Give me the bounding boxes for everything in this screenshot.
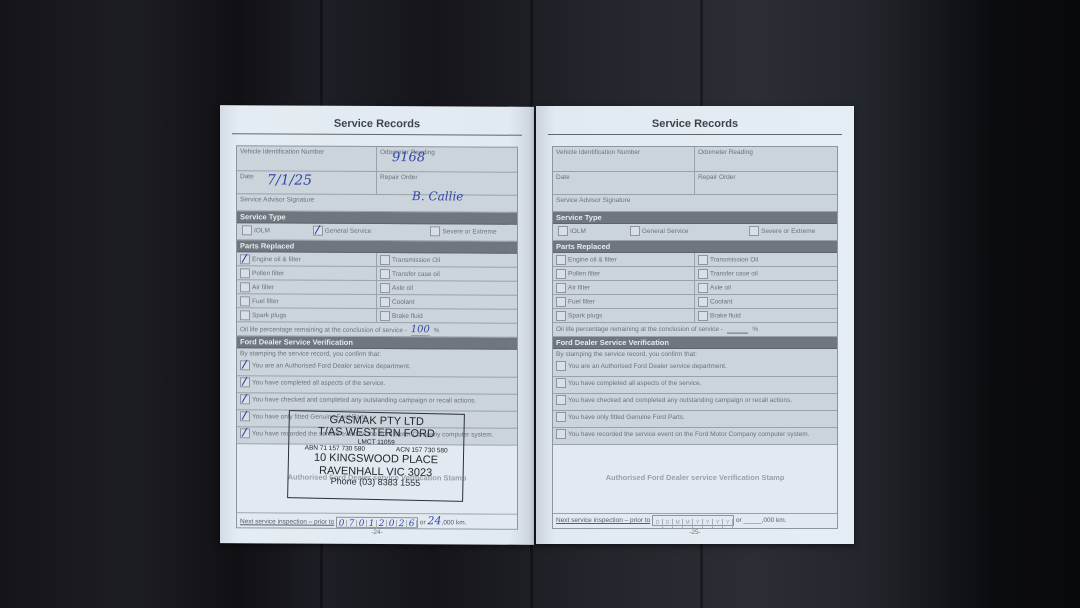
advisor-row: Service Advisor Signature: [553, 195, 837, 212]
checkbox[interactable]: [240, 268, 250, 278]
service-type-option[interactable]: General Service: [310, 224, 375, 240]
advisor-signature-field[interactable]: Service Advisor Signature: [553, 195, 837, 211]
parts-row: Fuel filter Coolant: [553, 295, 837, 309]
part-label: Engine oil & filter: [568, 257, 617, 264]
next-service-row: Next service inspection – prior to 07012…: [237, 513, 517, 528]
part-item[interactable]: Coolant: [695, 295, 837, 308]
part-item[interactable]: Brake fluid: [377, 309, 517, 323]
part-label: Coolant: [710, 299, 732, 306]
checkbox[interactable]: [430, 227, 440, 237]
advisor-row: Service Advisor Signature: [237, 194, 517, 212]
parts-row: Spark plugs Brake fluid: [237, 308, 517, 323]
date-placeholder: Y: [713, 519, 723, 528]
part-label: Spark plugs: [568, 313, 602, 320]
checkbox[interactable]: [240, 378, 250, 388]
part-label: Axle oil: [392, 285, 413, 292]
advisor-label: Service Advisor Signature: [556, 197, 630, 204]
checkbox[interactable]: [240, 395, 250, 405]
service-type-option[interactable]: Severe or Extreme: [427, 224, 499, 240]
vin-odometer-row: Vehicle Identification Number Odometer R…: [237, 146, 517, 172]
page-title: Service Records: [220, 117, 534, 131]
verification-label: You have completed all aspects of the se…: [568, 380, 701, 387]
parts-row: Engine oil & filter Transmission Oil: [237, 252, 517, 267]
checkbox[interactable]: [556, 283, 566, 293]
date-digit: 7: [347, 520, 357, 529]
checkbox[interactable]: [556, 255, 566, 265]
checkbox[interactable]: [313, 226, 323, 236]
date-digit: 2: [397, 520, 407, 529]
verification-intro: By stamping the service record, you conf…: [553, 349, 837, 360]
page-number: -24-: [220, 528, 534, 537]
date-placeholder: Y: [703, 519, 713, 528]
oil-life-unit: %: [752, 326, 758, 333]
part-label: Pollen filter: [568, 271, 600, 278]
part-item[interactable]: Axle oil: [695, 281, 837, 294]
option-label: Severe or Extreme: [442, 228, 496, 235]
oil-life-row: Oil life percentage remaining at the con…: [553, 323, 837, 337]
part-item[interactable]: Transfer case oil: [695, 267, 837, 280]
checkbox[interactable]: [380, 269, 390, 279]
service-booklet: Service Records Vehicle Identification N…: [220, 106, 856, 546]
checkbox[interactable]: [698, 311, 708, 321]
verification-item[interactable]: You have checked and completed any outst…: [553, 394, 837, 411]
next-service-km-input[interactable]: 24: [428, 514, 442, 527]
repair-order-label: Repair Order: [698, 174, 736, 181]
date-digit: 1: [367, 520, 377, 529]
vin-label: Vehicle Identification Number: [240, 148, 324, 155]
stamp-area: Authorised Ford Dealer service Verificat…: [553, 445, 837, 514]
part-label: Pollen filter: [252, 270, 284, 277]
part-item[interactable]: Axle oil: [377, 281, 517, 295]
part-label: Transmission Oil: [710, 257, 758, 264]
checkbox[interactable]: [240, 282, 250, 292]
checkbox[interactable]: [698, 297, 708, 307]
date-label: Date: [556, 174, 570, 181]
verification-label: You are an Authorised Ford Dealer servic…: [568, 363, 727, 370]
checkbox[interactable]: [556, 378, 566, 388]
title-rule: [232, 133, 522, 136]
date-digit: 6: [407, 520, 417, 529]
dealer-stamp: GASMAK PTY LTD T/AS WESTERN FORD LMCT 11…: [287, 410, 465, 502]
part-item[interactable]: Spark plugs: [553, 309, 695, 322]
stamp-caption: Authorised Ford Dealer service Verificat…: [553, 473, 837, 482]
parts-row: Air filter Axle oil: [553, 281, 837, 295]
verification-label: You have completed all aspects of the se…: [252, 379, 385, 387]
date-placeholder: M: [673, 519, 683, 528]
part-label: Transfer case oil: [392, 271, 440, 278]
verification-label: You have checked and completed any outst…: [252, 396, 476, 404]
date-field[interactable]: Date: [553, 172, 695, 194]
part-label: Air filter: [252, 284, 274, 291]
service-type-option[interactable]: Severe or Extreme: [746, 224, 818, 240]
vin-field[interactable]: Vehicle Identification Number: [237, 146, 377, 171]
parts-row: Engine oil & filter Transmission Oil: [553, 253, 837, 267]
checkbox[interactable]: [556, 269, 566, 279]
vin-odometer-row: Vehicle Identification Number Odometer R…: [553, 147, 837, 172]
part-label: Brake fluid: [392, 313, 423, 320]
oil-life-row: Oil life percentage remaining at the con…: [237, 322, 517, 337]
parts-row: Air filter Axle oil: [237, 280, 517, 295]
parts-row: Fuel filter Coolant: [237, 294, 517, 309]
part-label: Coolant: [392, 299, 414, 306]
checkbox[interactable]: [240, 310, 250, 320]
verification-item[interactable]: You have only fitted Genuine Ford Parts.: [553, 411, 837, 428]
checkbox[interactable]: [698, 269, 708, 279]
part-item[interactable]: Air filter: [553, 281, 695, 294]
page-number: -25-: [536, 529, 854, 536]
checkbox[interactable]: [380, 297, 390, 307]
date-placeholder: D: [663, 519, 673, 528]
section-header: Parts Replaced: [553, 241, 837, 253]
service-type-option[interactable]: IOLM: [555, 224, 589, 240]
parts-row: Pollen filter Transfer case oil: [553, 267, 837, 281]
advisor-label: Service Advisor Signature: [240, 196, 314, 203]
verification-item[interactable]: You have completed all aspects of the se…: [553, 377, 837, 394]
title-rule: [548, 134, 842, 135]
date-repair-row: Date Repair Order: [553, 172, 837, 195]
part-label: Transmission Oil: [392, 257, 440, 264]
checkbox[interactable]: [698, 283, 708, 293]
page-25: Service Records Vehicle Identification N…: [536, 106, 854, 544]
checkbox[interactable]: [630, 226, 640, 236]
checkbox[interactable]: [556, 395, 566, 405]
part-item[interactable]: Fuel filter: [553, 295, 695, 308]
part-label: Fuel filter: [252, 298, 279, 305]
section-header: Ford Dealer Service Verification: [553, 337, 837, 349]
date-placeholder: Y: [693, 519, 703, 528]
date-digit: 0: [337, 520, 347, 529]
option-label: IOLM: [254, 227, 270, 234]
odometer-handwritten: 9168: [392, 150, 425, 165]
checkbox[interactable]: [380, 311, 390, 321]
oil-life-label: Oil life percentage remaining at the con…: [556, 326, 723, 333]
km-suffix: ,000 km.: [762, 517, 787, 524]
option-label: General Service: [642, 228, 689, 235]
advisor-signature-field[interactable]: Service Advisor Signature: [237, 194, 517, 211]
checkbox[interactable]: [240, 412, 250, 422]
checkbox[interactable]: [556, 297, 566, 307]
oil-life-label: Oil life percentage remaining at the con…: [240, 326, 407, 334]
date-digit: 0: [357, 520, 367, 529]
oil-life-value[interactable]: ______: [727, 326, 749, 334]
date-placeholder: D: [653, 519, 663, 528]
next-service-label: Next service inspection – prior to: [556, 517, 650, 524]
part-item[interactable]: Transmission Oil: [695, 253, 837, 266]
part-item[interactable]: Air filter: [237, 280, 377, 294]
checkbox[interactable]: [380, 255, 390, 265]
next-service-label: Next service inspection – prior to: [240, 518, 334, 525]
part-item[interactable]: Brake fluid: [695, 309, 837, 322]
checkbox[interactable]: [240, 254, 250, 264]
verification-item[interactable]: You have completed all aspects of the se…: [237, 376, 517, 394]
service-type-row: IOLMGeneral ServiceSevere or Extreme: [237, 223, 517, 241]
verification-label: You have checked and completed any outst…: [568, 397, 792, 404]
part-label: Fuel filter: [568, 299, 595, 306]
part-label: Transfer case oil: [710, 271, 758, 278]
service-type-row: IOLMGeneral ServiceSevere or Extreme: [553, 224, 837, 241]
part-label: Axle oil: [710, 285, 731, 292]
checkbox[interactable]: [240, 429, 250, 439]
verification-label: You have only fitted Genuine Ford Parts.: [568, 414, 685, 421]
repair-order-label: Repair Order: [380, 174, 418, 181]
part-item[interactable]: Pollen filter: [237, 266, 377, 280]
date-placeholder: M: [683, 519, 693, 528]
date-digit: 2: [377, 520, 387, 529]
parts-row: Spark plugs Brake fluid: [553, 309, 837, 323]
service-type-option[interactable]: General Service: [627, 224, 692, 240]
km-suffix: ,000 km.: [442, 519, 467, 526]
checkbox[interactable]: [380, 283, 390, 293]
checkbox[interactable]: [556, 412, 566, 422]
odometer-field[interactable]: Odometer Reading: [695, 147, 837, 171]
part-item[interactable]: Coolant: [377, 295, 517, 309]
part-label: Spark plugs: [252, 312, 286, 319]
service-record-form: Vehicle Identification Number Odometer R…: [552, 146, 838, 529]
part-item[interactable]: Pollen filter: [553, 267, 695, 280]
oil-life-unit: %: [434, 327, 440, 334]
odometer-label: Odometer Reading: [698, 149, 753, 156]
verification-label: You are an Authorised Ford Dealer servic…: [252, 362, 411, 370]
checkbox[interactable]: [558, 226, 568, 236]
part-item[interactable]: Fuel filter: [237, 294, 377, 308]
checkbox[interactable]: [240, 296, 250, 306]
or-label: or: [736, 517, 742, 524]
checkbox[interactable]: [749, 226, 759, 236]
verification-item[interactable]: You are an Authorised Ford Dealer servic…: [237, 359, 517, 377]
next-service-row: Next service inspection – prior to DDMMY…: [553, 514, 837, 528]
repair-order-field[interactable]: Repair Order: [695, 172, 837, 194]
part-label: Air filter: [568, 285, 590, 292]
option-label: Severe or Extreme: [761, 228, 815, 235]
vin-field[interactable]: Vehicle Identification Number: [553, 147, 695, 171]
service-type-option[interactable]: IOLM: [239, 223, 273, 239]
part-item[interactable]: Engine oil & filter: [237, 252, 377, 266]
vin-label: Vehicle Identification Number: [556, 149, 640, 156]
verification-item[interactable]: You have checked and completed any outst…: [237, 393, 517, 411]
checkbox[interactable]: [556, 311, 566, 321]
next-service-date-input[interactable]: 07012026: [336, 517, 418, 528]
part-item[interactable]: Transfer case oil: [377, 267, 517, 281]
checkbox[interactable]: [556, 429, 566, 439]
verification-item[interactable]: You have recorded the service event on t…: [553, 428, 837, 445]
next-service-km-input[interactable]: _____: [744, 517, 762, 524]
advisor-signature-handwritten: B. Callie: [412, 189, 463, 203]
option-label: General Service: [325, 228, 372, 235]
or-label: or: [420, 519, 426, 526]
section-header: Service Type: [553, 212, 837, 224]
next-service-date-input[interactable]: DDMMYYYY: [652, 515, 734, 526]
part-item[interactable]: Transmission Oil: [377, 253, 517, 267]
checkbox[interactable]: [698, 255, 708, 265]
parts-row: Pollen filter Transfer case oil: [237, 266, 517, 281]
oil-life-value[interactable]: 100: [411, 324, 430, 336]
date-handwritten: 7/1/25: [267, 172, 312, 188]
checkbox[interactable]: [556, 361, 566, 371]
part-item[interactable]: Engine oil & filter: [553, 253, 695, 266]
verification-item[interactable]: You are an Authorised Ford Dealer servic…: [553, 360, 837, 377]
part-item[interactable]: Spark plugs: [237, 308, 377, 322]
page-title: Service Records: [536, 118, 854, 130]
part-label: Brake fluid: [710, 313, 741, 320]
date-placeholder: Y: [723, 519, 733, 528]
date-digit: 0: [387, 520, 397, 529]
option-label: IOLM: [570, 228, 586, 235]
checkbox[interactable]: [242, 226, 252, 236]
part-label: Engine oil & filter: [252, 256, 301, 263]
checkbox[interactable]: [240, 361, 250, 371]
verification-label: You have recorded the service event on t…: [568, 431, 809, 438]
date-label: Date: [240, 173, 254, 180]
